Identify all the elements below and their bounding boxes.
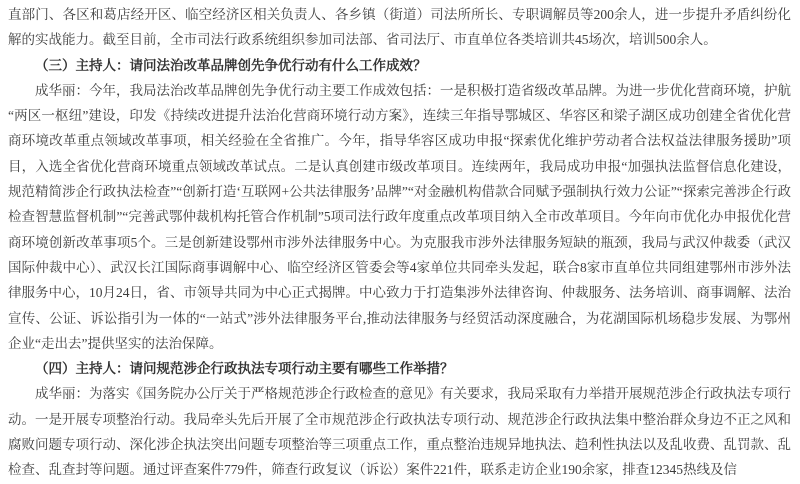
question-3-heading: （三）主持人：请问法治改革品牌创先争优行动有什么工作成效？ (8, 53, 791, 78)
article-text: 直部门、各区和葛店经开区、临空经济区相关负责人、各乡镇（街道）司法所所长、专职调… (8, 2, 791, 483)
question-4-heading: （四）主持人：请问规范涉企行政执法专项行动主要有哪些工作举措？ (8, 356, 791, 381)
document-page: 直部门、各区和葛店经开区、临空经济区相关负责人、各乡镇（街道）司法所所长、专职调… (0, 0, 800, 484)
answer-4-paragraph: 成华丽：为落实《国务院办公厅关于严格规范涉企行政检查的意见》有关要求，我局采取有… (8, 381, 791, 482)
paragraph-training-continuation: 直部门、各区和葛店经开区、临空经济区相关负责人、各乡镇（街道）司法所所长、专职调… (8, 2, 791, 53)
answer-3-paragraph: 成华丽：今年，我局法治改革品牌创先争优行动主要工作成效包括：一是积极打造省级改革… (8, 78, 791, 356)
